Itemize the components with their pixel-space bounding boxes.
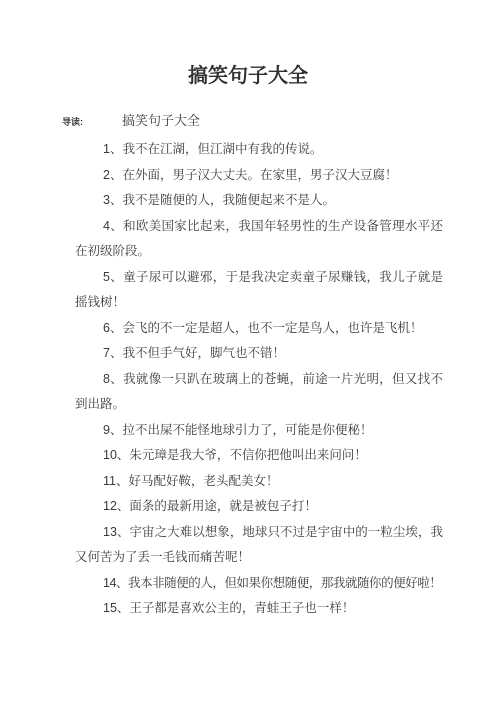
lead-label: 导读: <box>62 115 83 128</box>
lead-text: 搞笑句子大全 <box>122 110 200 129</box>
list-item: 8、我就像一只趴在玻璃上的苍蝇，前途一片光明，但又找不到出路。 <box>75 367 443 418</box>
list-item: 12、面条的最新用途，就是被包子打！ <box>75 494 443 520</box>
list-item: 13、宇宙之大难以想象，地球只不过是宇宙中的一粒尘埃，我又何苦为了丢一毛钱而痛苦… <box>75 520 443 571</box>
list-item: 10、朱元璋是我大爷，不信你把他叫出来问问！ <box>75 443 443 469</box>
list-item: 2、在外面，男子汉大丈夫。在家里，男子汉大豆腐！ <box>75 163 443 189</box>
list-item: 3、我不是随便的人，我随便起来不是人。 <box>75 188 443 214</box>
list-item: 1、我不在江湖，但江湖中有我的传说。 <box>75 137 443 163</box>
lead-row: 导读: 搞笑句子大全 <box>62 110 496 135</box>
list-item: 6、会飞的不一定是超人，也不一定是鸟人，也许是飞机！ <box>75 316 443 342</box>
list-item: 5、童子尿可以避邪，于是我决定卖童子尿赚钱，我儿子就是摇钱树！ <box>75 265 443 316</box>
sentence-list: 1、我不在江湖，但江湖中有我的传说。2、在外面，男子汉大丈夫。在家里，男子汉大豆… <box>75 137 443 622</box>
list-item: 9、拉不出屎不能怪地球引力了，可能是你便秘！ <box>75 418 443 444</box>
document-page: 搞笑句子大全 导读: 搞笑句子大全 1、我不在江湖，但江湖中有我的传说。2、在外… <box>0 0 496 702</box>
list-item: 11、好马配好鞍，老头配美女！ <box>75 469 443 495</box>
list-item: 4、和欧美国家比起来，我国年轻男性的生产设备管理水平还在初级阶段。 <box>75 214 443 265</box>
list-item: 14、我本非随便的人，但如果你想随便，那我就随你的便好啦！ <box>75 571 443 597</box>
document-title: 搞笑句子大全 <box>0 0 496 90</box>
list-item: 7、我不但手气好，脚气也不错！ <box>75 341 443 367</box>
list-item: 15、王子都是喜欢公主的，青蛙王子也一样！ <box>75 596 443 622</box>
